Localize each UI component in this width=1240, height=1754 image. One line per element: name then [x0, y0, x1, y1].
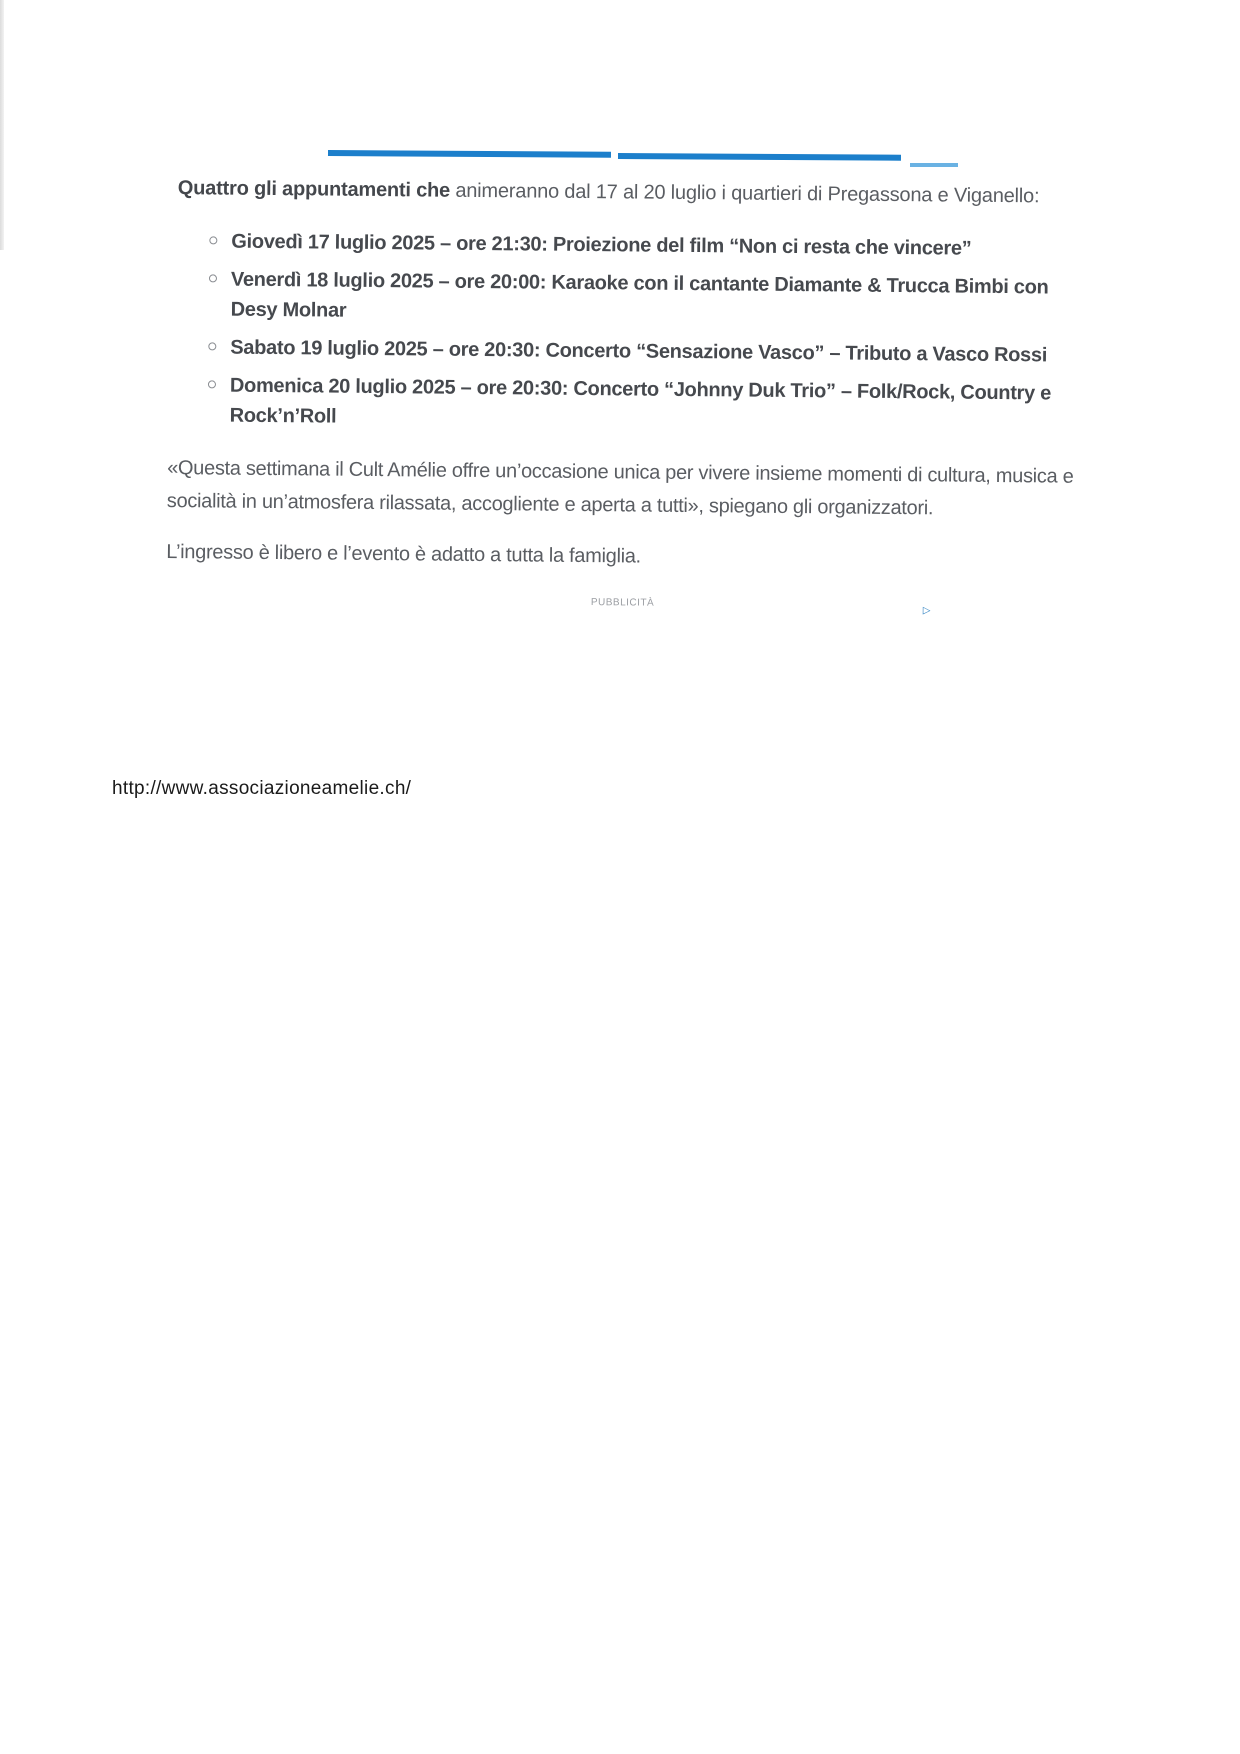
reading-progress-bars	[328, 150, 968, 170]
event-text: Domenica 20 luglio 2025 – ore 20:30: Con…	[230, 375, 1052, 428]
event-text: Giovedì 17 luglio 2025 – ore 21:30: Proi…	[231, 231, 971, 260]
progress-bar-segment	[910, 163, 958, 167]
entry-paragraph: L’ingresso è libero e l’evento è adatto …	[166, 536, 1086, 578]
events-list: Giovedì 17 luglio 2025 – ore 21:30: Proi…	[168, 226, 1090, 439]
circle-bullet-icon	[208, 380, 216, 388]
ad-label: PUBBLICITÀ	[591, 597, 654, 609]
adchoices-icon[interactable]: ▷	[923, 606, 933, 616]
page-edge-shadow	[0, 0, 4, 250]
circle-bullet-icon	[209, 274, 217, 282]
event-text: Venerdì 18 luglio 2025 – ore 20:00: Kara…	[231, 269, 1049, 322]
circle-bullet-icon	[208, 342, 216, 350]
advertisement-slot: PUBBLICITÀ ▷	[166, 587, 1086, 626]
progress-bar-segment	[618, 153, 901, 161]
event-item: Sabato 19 luglio 2025 – ore 20:30: Conce…	[208, 332, 1088, 370]
intro-paragraph: Quattro gli appuntamenti che animeranno …	[178, 172, 1090, 213]
intro-rest: animeranno dal 17 al 20 luglio i quartie…	[450, 180, 1040, 208]
event-item: Venerdì 18 luglio 2025 – ore 20:00: Kara…	[209, 264, 1090, 332]
circle-bullet-icon	[209, 236, 217, 244]
source-url[interactable]: http://www.associazioneamelie.ch/	[112, 778, 411, 800]
article-body: Quattro gli appuntamenti che animeranno …	[166, 172, 1090, 626]
event-item: Giovedì 17 luglio 2025 – ore 21:30: Proi…	[209, 226, 1089, 264]
event-item: Domenica 20 luglio 2025 – ore 20:30: Con…	[208, 370, 1089, 438]
progress-bar-segment	[328, 150, 611, 158]
event-text: Sabato 19 luglio 2025 – ore 20:30: Conce…	[230, 337, 1047, 367]
quote-paragraph: «Questa settimana il Cult Amélie offre u…	[167, 452, 1088, 527]
intro-bold: Quattro gli appuntamenti che	[178, 177, 450, 202]
